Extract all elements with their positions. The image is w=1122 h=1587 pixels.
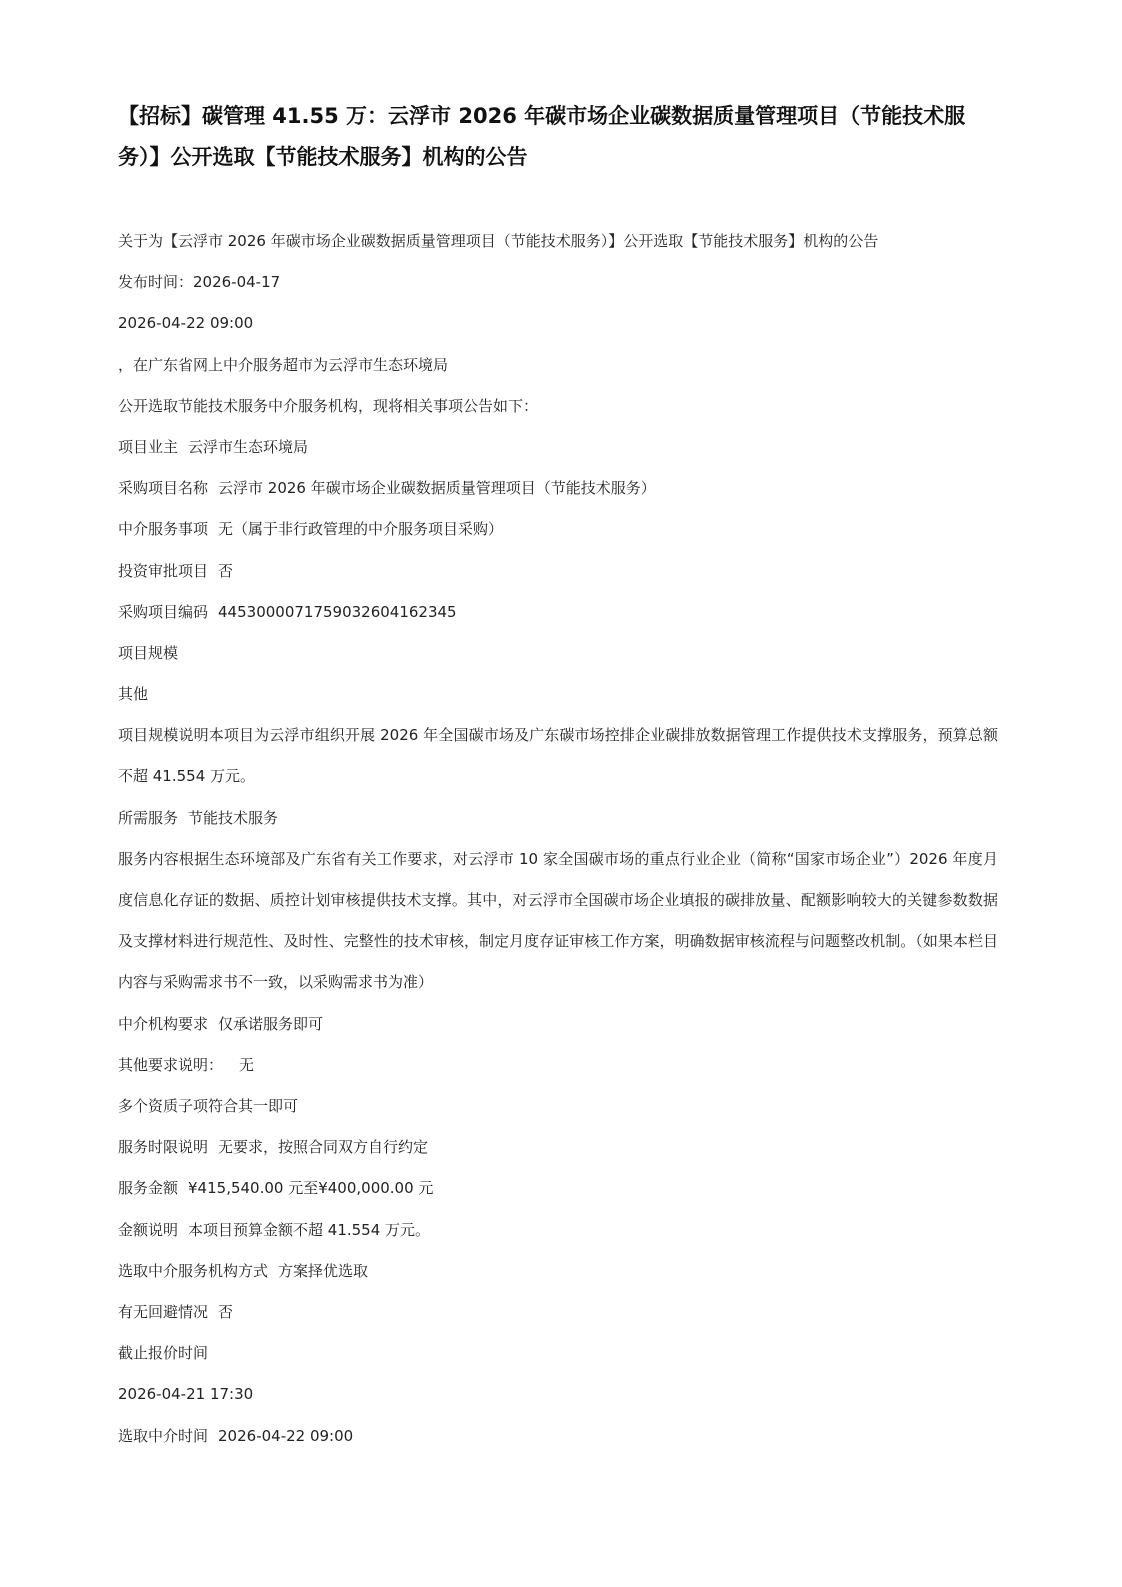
- scale-description: 项目规模说明本项目为云浮市组织开展 2026 年全国碳市场及广东碳市场控排企业碳…: [118, 715, 998, 797]
- time-line: 2026-04-22 09:00: [118, 303, 998, 344]
- field-value: 无要求，按照合同双方自行约定: [218, 1138, 428, 1156]
- field-value: 仅承诺服务即可: [218, 1015, 323, 1033]
- field-value: 根据生态环境部及广东省有关工作要求，对云浮市 10 家全国碳市场的重点行业企业（…: [118, 850, 998, 992]
- field-value: 方案择优选取: [278, 1262, 368, 1280]
- deadline-value: 2026-04-21 17:30: [118, 1374, 998, 1415]
- field-value: 无: [239, 1056, 254, 1074]
- field-other-requirement: 其他要求说明：无: [118, 1045, 998, 1086]
- field-label: 服务内容: [118, 850, 179, 868]
- field-value: 本项目为云浮市组织开展 2026 年全国碳市场及广东碳市场控排企业碳排放数据管理…: [118, 726, 998, 785]
- service-content: 服务内容根据生态环境部及广东省有关工作要求，对云浮市 10 家全国碳市场的重点行…: [118, 839, 998, 1004]
- scale-label: 项目规模: [118, 633, 998, 674]
- scale-value: 其他: [118, 674, 998, 715]
- field-label: 采购项目名称: [118, 479, 208, 497]
- field-value: 云浮市生态环境局: [188, 438, 308, 456]
- field-service-item: 中介服务事项无（属于非行政管理的中介服务项目采购）: [118, 509, 998, 550]
- field-label: 选取中介服务机构方式: [118, 1262, 268, 1280]
- announce-line: 公开选取节能技术服务中介服务机构，现将相关事项公告如下：: [118, 386, 998, 427]
- field-value: 否: [218, 562, 233, 580]
- field-value: 本项目预算金额不超 41.554 万元。: [188, 1221, 430, 1239]
- field-value: 无（属于非行政管理的中介服务项目采购）: [218, 520, 503, 538]
- field-label: 中介机构要求: [118, 1015, 208, 1033]
- field-value: 节能技术服务: [188, 809, 278, 827]
- field-label: 其他要求说明：: [118, 1056, 223, 1074]
- field-value: 4453000071759032604162345: [218, 603, 457, 621]
- field-value: ¥415,540.00 元至¥400,000.00 元: [188, 1179, 433, 1197]
- field-label: 金额说明: [118, 1221, 178, 1239]
- field-project-owner: 项目业主云浮市生态环境局: [118, 427, 998, 468]
- field-label: 选取中介时间: [118, 1427, 208, 1445]
- field-label: 项目业主: [118, 438, 178, 456]
- qualification-note: 多个资质子项符合其一即可: [118, 1086, 998, 1127]
- field-value: 云浮市 2026 年碳市场企业碳数据质量管理项目（节能技术服务）: [218, 479, 656, 497]
- field-value: 2026-04-22 09:00: [218, 1427, 353, 1445]
- field-value: 否: [218, 1303, 233, 1321]
- field-label: 服务金额: [118, 1179, 178, 1197]
- field-label: 所需服务: [118, 809, 178, 827]
- field-label: 投资审批项目: [118, 562, 208, 580]
- publish-time: 发布时间：2026-04-17: [118, 262, 998, 303]
- field-project-name: 采购项目名称云浮市 2026 年碳市场企业碳数据质量管理项目（节能技术服务）: [118, 468, 998, 509]
- field-selection-time: 选取中介时间2026-04-22 09:00: [118, 1416, 998, 1457]
- field-label: 项目规模说明: [118, 726, 209, 744]
- field-label: 有无回避情况: [118, 1303, 208, 1321]
- field-selection-method: 选取中介服务机构方式方案择优选取: [118, 1251, 998, 1292]
- field-service-period: 服务时限说明无要求，按照合同双方自行约定: [118, 1127, 998, 1168]
- location-line: ，在广东省网上中介服务超市为云浮市生态环境局: [118, 345, 998, 386]
- field-investment-approval: 投资审批项目否: [118, 551, 998, 592]
- field-label: 中介服务事项: [118, 520, 208, 538]
- document-body: 关于为【云浮市 2026 年碳市场企业碳数据质量管理项目（节能技术服务）】公开选…: [118, 221, 998, 1457]
- field-service-amount: 服务金额¥415,540.00 元至¥400,000.00 元: [118, 1168, 998, 1209]
- field-agency-requirement: 中介机构要求仅承诺服务即可: [118, 1004, 998, 1045]
- document-title: 【招标】碳管理 41.55 万：云浮市 2026 年碳市场企业碳数据质量管理项目…: [118, 96, 998, 178]
- intro-line: 关于为【云浮市 2026 年碳市场企业碳数据质量管理项目（节能技术服务）】公开选…: [118, 221, 998, 262]
- document-page: 【招标】碳管理 41.55 万：云浮市 2026 年碳市场企业碳数据质量管理项目…: [118, 96, 998, 1457]
- field-label: 采购项目编码: [118, 603, 208, 621]
- field-amount-note: 金额说明本项目预算金额不超 41.554 万元。: [118, 1210, 998, 1251]
- deadline-label: 截止报价时间: [118, 1333, 998, 1374]
- field-project-code: 采购项目编码4453000071759032604162345: [118, 592, 998, 633]
- field-label: 服务时限说明: [118, 1138, 208, 1156]
- field-required-service: 所需服务节能技术服务: [118, 798, 998, 839]
- field-avoidance: 有无回避情况否: [118, 1292, 998, 1333]
